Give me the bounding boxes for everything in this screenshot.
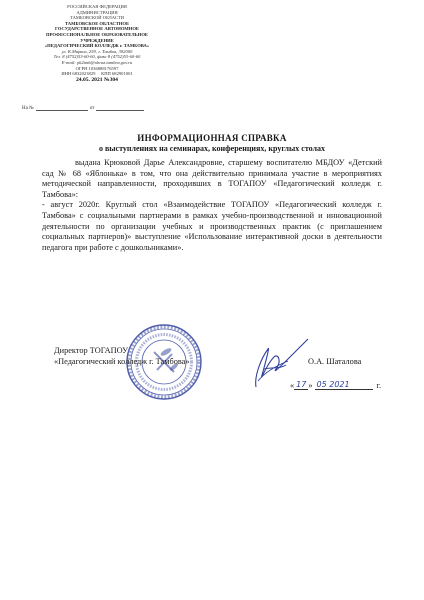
reference-line: На № от bbox=[22, 105, 144, 111]
signer-position-line2: «Педагогический колледж г. Тамбова» bbox=[54, 357, 189, 368]
ref-number-blank bbox=[36, 105, 88, 111]
letterhead-date-number: 24.05. 2021 №304 bbox=[22, 78, 172, 84]
date-suffix: г. bbox=[377, 381, 382, 390]
letterhead-kpp: КПП 682901001 bbox=[101, 71, 133, 76]
body-paragraph-2: - август 2020г. Круглый стол «Взаимодейс… bbox=[42, 200, 382, 253]
ref-from: от bbox=[90, 106, 95, 111]
letterhead-inn-kpp: ИНН 6832023829 КПП 682901001 bbox=[22, 71, 172, 77]
body-paragraph-1: выдана Крюковой Дарье Александровне, ста… bbox=[42, 158, 382, 200]
document-title: ИНФОРМАЦИОННАЯ СПРАВКА bbox=[0, 133, 424, 143]
date-quote-close: » bbox=[308, 381, 312, 390]
signer-position-line1: Директор ТОГАПОУ bbox=[54, 346, 189, 357]
signer-name: О.А. Шаталова bbox=[308, 357, 361, 366]
signature-date: « 17 » 05 2021 г. bbox=[290, 380, 381, 390]
date-day: 17 bbox=[294, 380, 308, 390]
letterhead: РОССИЙСКАЯ ФЕДЕРАЦИЯ АДМИНИСТРАЦИЯ ТАМБО… bbox=[22, 4, 172, 83]
ref-prefix: На № bbox=[22, 106, 34, 111]
document-body: выдана Крюковой Дарье Александровне, ста… bbox=[42, 158, 382, 253]
date-month-year: 05 2021 bbox=[315, 380, 373, 390]
signer-position: Директор ТОГАПОУ «Педагогический колледж… bbox=[54, 346, 189, 367]
document-subtitle: о выступлениях на семинарах, конференция… bbox=[0, 144, 424, 153]
ref-date-blank bbox=[96, 105, 144, 111]
letterhead-inn: ИНН 6832023829 bbox=[61, 71, 95, 76]
